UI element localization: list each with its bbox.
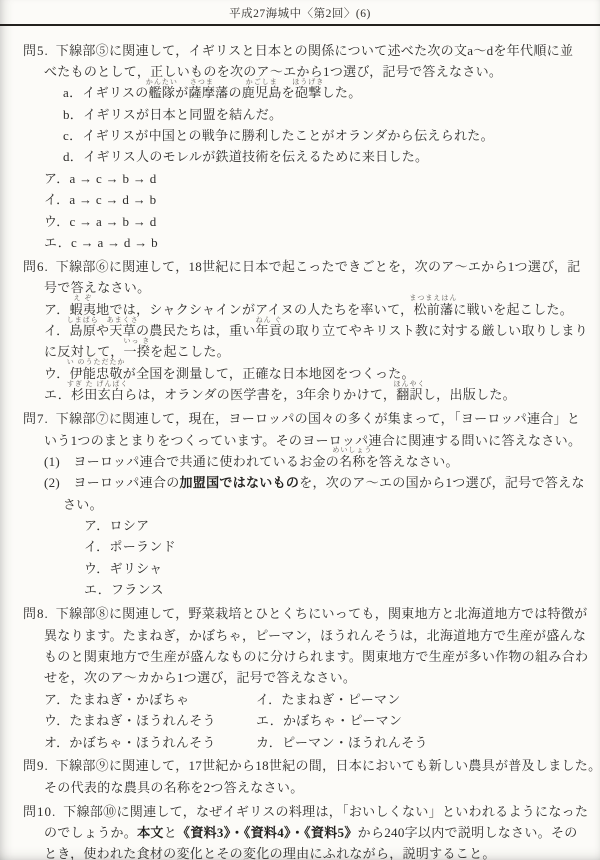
option-column: ア．たまねぎ・かぼちゃ (44, 689, 256, 710)
text-line: ものと関東地方で生産が盛んなものに分けられます。関東地方で生産が多い作物の組み合… (0, 646, 600, 667)
furigana: ほうげき (292, 79, 324, 86)
text-run: に戦いを起こした。 (453, 302, 573, 317)
text-run: ウ．ギリシャ (84, 561, 163, 576)
text-line: ア．a → c → b → d (0, 168, 600, 189)
text-run: イ． (44, 323, 69, 338)
text-run: 号で答えなさい。 (44, 280, 150, 295)
text-line: d．イギリス人のモレルが鉄道技術を伝えるために来日した。 (0, 146, 600, 167)
text-line: イ．ポーランド (0, 536, 600, 557)
text-run: らは，オランダの医学書を，3年余りかけて， (124, 387, 396, 402)
text-run: ものと関東地方で生産が盛んなものに分けられます。関東地方で生産が多い作物の組み合… (44, 649, 588, 664)
text-run: エ．フランス (84, 582, 164, 597)
question-first-line: 問5.下線部⑤に関連して，イギリスと日本との関係について述べた次の文a〜dを年代… (0, 40, 600, 61)
text-run: や (96, 323, 109, 338)
text-run: と (164, 825, 177, 840)
option-column: ウ．たまねぎ・ほうれんそう (44, 710, 256, 731)
text-run: が (175, 85, 188, 100)
text-run: エ． (44, 387, 71, 402)
text-run: ウ．c → a → b → d (44, 214, 157, 229)
text-run: 藩の (215, 85, 242, 100)
furigana: ほんやく (394, 381, 426, 388)
text-run: を，次のア〜エの国から1つ選び，記号で答えな (299, 475, 585, 490)
text-run: ウ． (44, 366, 70, 381)
text-run: ア．たまねぎ・かぼちゃ (44, 692, 189, 707)
text-line: オ．かぼちゃ・ほうれんそうカ．ピーマン・ほうれんそう (0, 732, 600, 753)
question-number: 問9. (23, 758, 49, 773)
text-run: が全国を測量して，正確な日本地図をつくった。 (123, 366, 415, 381)
furigana: い のうただたか (67, 359, 126, 366)
furigana: さつま (190, 79, 214, 86)
ruby-annotated-text: ねん ぐ年貢 (256, 323, 283, 338)
text-run: を起こした。 (150, 344, 230, 359)
text-run: エ．c → a → d → b (44, 235, 158, 250)
text-line: b．イギリスが日本と同盟を結んだ。 (0, 104, 600, 125)
emphasized-text: 本文 (137, 825, 164, 840)
ruby-annotated-text: ほうげき砲撃 (295, 85, 322, 100)
furigana: すぎ た げんぱく (67, 381, 129, 388)
text-run: 下線部⑨に関連して，17世紀から18世紀の間，日本においても新しい農具が普及しま… (56, 758, 600, 773)
ruby-annotated-text: いっ き一揆 (124, 344, 151, 359)
text-line: 異なります。たまねぎ，かぼちゃ，ピーマン，ほうれんそうは，北海道地方で生産が盛ん… (0, 625, 600, 646)
option-column: エ．かぼちゃ・ピーマン (256, 713, 402, 728)
text-line: とき，使われた食材の変化とその変化の理由にふれながら，説明すること。 (0, 843, 600, 860)
text-run: イ．たまねぎ・ピーマン (256, 692, 401, 707)
ruby-annotated-text: あまくさ天草 (109, 323, 136, 338)
ruby-annotated-text: かごしま鹿児島 (242, 85, 282, 100)
text-run: 下線部⑤に関連して，イギリスと日本との関係について述べた次の文a〜dを年代順に並 (56, 43, 574, 58)
text-run: さい。 (63, 497, 103, 512)
option-column: オ．かぼちゃ・ほうれんそう (44, 732, 256, 753)
text-run: b．イギリスが日本と同盟を結んだ。 (63, 107, 282, 122)
question-first-line: 問8.下線部⑧に関連して，野菜栽培とひとくちにいっても，関東地方と北海道地方では… (0, 603, 600, 624)
text-run: d．イギリス人のモレルが鉄道技術を伝えるために来日した。 (63, 149, 428, 164)
text-run: とき，使われた食材の変化とその変化の理由にふれながら，説明すること。 (44, 846, 496, 860)
question-first-line: 問6.下線部⑥に関連して，18世紀に日本で起こったできごとを，次のア〜エから1つ… (0, 256, 600, 277)
text-run: の取り立てやキリスト教に対する厳しい取りしまり (282, 323, 588, 338)
text-line: ウ．ギリシャ (0, 558, 600, 579)
option-column: イ．たまねぎ・ピーマン (256, 692, 401, 707)
question-number: 問10. (23, 804, 56, 819)
ruby-annotated-text: めいしょう名称 (339, 454, 366, 469)
text-line: (1) ヨーロッパ連合で共通に使われているお金のめいしょう名称を答えなさい。 (0, 451, 600, 472)
text-line: エ．すぎ た げんぱく杉田玄白らは，オランダの医学書を，3年余りかけて，ほんやく… (0, 384, 600, 405)
text-run: (1) ヨーロッパ連合で共通に使われているお金の (44, 454, 339, 469)
text-line: いう1つのまとまりをつくっています。そのヨーロッパ連合に関連する問いに答えなさい… (0, 430, 600, 451)
text-line: さい。 (0, 494, 600, 515)
text-line: a．イギリスのかんたい艦隊がさつま薩摩藩のかごしま鹿児島をほうげき砲撃した。 (0, 82, 600, 103)
text-run: 異なります。たまねぎ，かぼちゃ，ピーマン，ほうれんそうは，北海道地方で生産が盛ん… (44, 628, 586, 643)
furigana: ねん ぐ (256, 317, 283, 324)
ruby-annotated-text: ほんやく翻訳 (396, 387, 423, 402)
question-first-line: 問9.下線部⑨に関連して，17世紀から18世紀の間，日本においても新しい農具が普… (0, 755, 600, 776)
text-run: カ．ピーマン・ほうれんそう (256, 735, 428, 750)
question-number: 問6. (23, 259, 49, 274)
text-line: のでしょうか。本文と《資料3》・《資料4》・《資料5》から240字以内で説明しな… (0, 822, 600, 843)
text-run: エ．かぼちゃ・ピーマン (256, 713, 402, 728)
ruby-annotated-text: しまばら島原 (69, 323, 96, 338)
emphasized-text: 《資料3》・《資料4》・《資料5》 (177, 825, 358, 840)
furigana: めいしょう (332, 447, 372, 454)
furigana: しまばら (67, 317, 99, 324)
text-line: せを，次のア〜カから1つ選び，記号で答えなさい。 (0, 667, 600, 688)
text-run: ア．ロシア (84, 518, 149, 533)
furigana: かんたい (146, 79, 178, 86)
question-list: 問5.下線部⑤に関連して，イギリスと日本との関係について述べた次の文a〜dを年代… (0, 26, 600, 860)
text-run: ア．a → c → b → d (44, 171, 157, 186)
text-run: オ．かぼちゃ・ほうれんそう (44, 735, 216, 750)
emphasized-text: 加盟国ではないもの (180, 475, 300, 490)
text-run: 下線部⑦に関連して，現在，ヨーロッパの国々の多くが集まって，「ヨーロッパ連合」と (56, 411, 580, 426)
furigana: かごしま (246, 79, 278, 86)
text-run: した。 (322, 85, 362, 100)
text-run: のでしょうか。 (44, 825, 137, 840)
text-line: ウ．c → a → b → d (0, 211, 600, 232)
text-run: を (282, 85, 295, 100)
question-first-line: 問7.下線部⑦に関連して，現在，ヨーロッパの国々の多くが集まって，「ヨーロッパ連… (0, 408, 600, 429)
text-run: イ．a → c → d → b (44, 192, 156, 207)
ruby-annotated-text: すぎ た げんぱく杉田玄白 (71, 387, 124, 402)
text-run: いう1つのまとまりをつくっています。そのヨーロッパ連合に関連する問いに答えなさい… (44, 433, 581, 448)
text-run: イ．ポーランド (84, 539, 176, 554)
furigana: まつまえはん (409, 295, 457, 302)
text-line: イ．a → c → d → b (0, 189, 600, 210)
text-line: (2) ヨーロッパ連合の加盟国ではないものを，次のア〜エの国から1つ選び，記号で… (0, 472, 600, 493)
text-line: エ．c → a → d → b (0, 232, 600, 253)
text-run: せを，次のア〜カから1つ選び，記号で答えなさい。 (44, 670, 356, 685)
text-run: 下線部⑧に関連して，野菜栽培とひとくちにいっても，関東地方と北海道地方では特徴が (56, 606, 588, 621)
text-run: 地では，シャクシャインがアイヌの人たちを率いて， (96, 302, 413, 317)
question-number: 問5. (23, 43, 49, 58)
ruby-annotated-text: さつま薩摩 (189, 85, 216, 100)
text-run: その代表的な農具の名称を2つ答えなさい。 (44, 780, 304, 795)
page-header: 平成27海城中〈第2回〉(6) (0, 0, 600, 21)
page-title: 平成27海城中〈第2回〉(6) (229, 8, 371, 20)
text-run: 下線部⑥に関連して，18世紀に日本で起こったできごとを，次のア〜エから1つ選び，… (56, 259, 581, 274)
ruby-annotated-text: まつまえはん松前藩 (413, 302, 453, 317)
text-line: エ．フランス (0, 579, 600, 600)
furigana: え ぞ (73, 295, 92, 302)
furigana: あまくさ (107, 317, 139, 324)
ruby-annotated-text: え ぞ蝦夷 (70, 302, 97, 317)
furigana: いっ き (123, 338, 150, 345)
option-column: カ．ピーマン・ほうれんそう (256, 735, 428, 750)
ruby-annotated-text: かんたい艦隊 (149, 85, 176, 100)
text-line: ウ．たまねぎ・ほうれんそうエ．かぼちゃ・ピーマン (0, 710, 600, 731)
text-run: 下線部⑩に関連して，なぜイギリスの料理は，「おいしくない」といわれるようになった (63, 804, 588, 819)
text-run: し，出版した。 (423, 387, 516, 402)
text-run: から240字以内で説明しなさい。その (358, 825, 578, 840)
text-run: べたものとして，正しいものを次のア〜エから1つ選び，記号で答えなさい。 (44, 64, 502, 79)
text-line: ア．ロシア (0, 515, 600, 536)
text-run: ウ．たまねぎ・ほうれんそう (44, 713, 216, 728)
text-run: に反対して， (44, 344, 124, 359)
ruby-annotated-text: い のうただたか伊能忠敬 (70, 366, 123, 381)
text-line: c．イギリスが中国との戦争に勝利したことがオランダから伝えられた。 (0, 125, 600, 146)
question-number: 問8. (23, 606, 49, 621)
exam-page: 平成27海城中〈第2回〉(6) 問5.下線部⑤に関連して，イギリスと日本との関係… (0, 0, 600, 860)
text-line: その代表的な農具の名称を2つ答えなさい。 (0, 777, 600, 798)
text-run: c．イギリスが中国との戦争に勝利したことがオランダから伝えられた。 (63, 128, 494, 143)
text-run: を答えなさい。 (366, 454, 459, 469)
text-run: ア． (44, 302, 70, 317)
text-run: の農民たちは，重い (136, 323, 256, 338)
text-run: (2) ヨーロッパ連合の (44, 475, 180, 490)
text-run: a．イギリスの (63, 85, 149, 100)
question-first-line: 問10.下線部⑩に関連して，なぜイギリスの料理は，「おいしくない」といわれるよう… (0, 801, 600, 822)
text-line: ア．たまねぎ・かぼちゃイ．たまねぎ・ピーマン (0, 689, 600, 710)
question-number: 問7. (23, 411, 49, 426)
text-line: イ．しまばら島原やあまくさ天草の農民たちは，重いねん ぐ年貢の取り立てやキリスト… (0, 320, 600, 341)
